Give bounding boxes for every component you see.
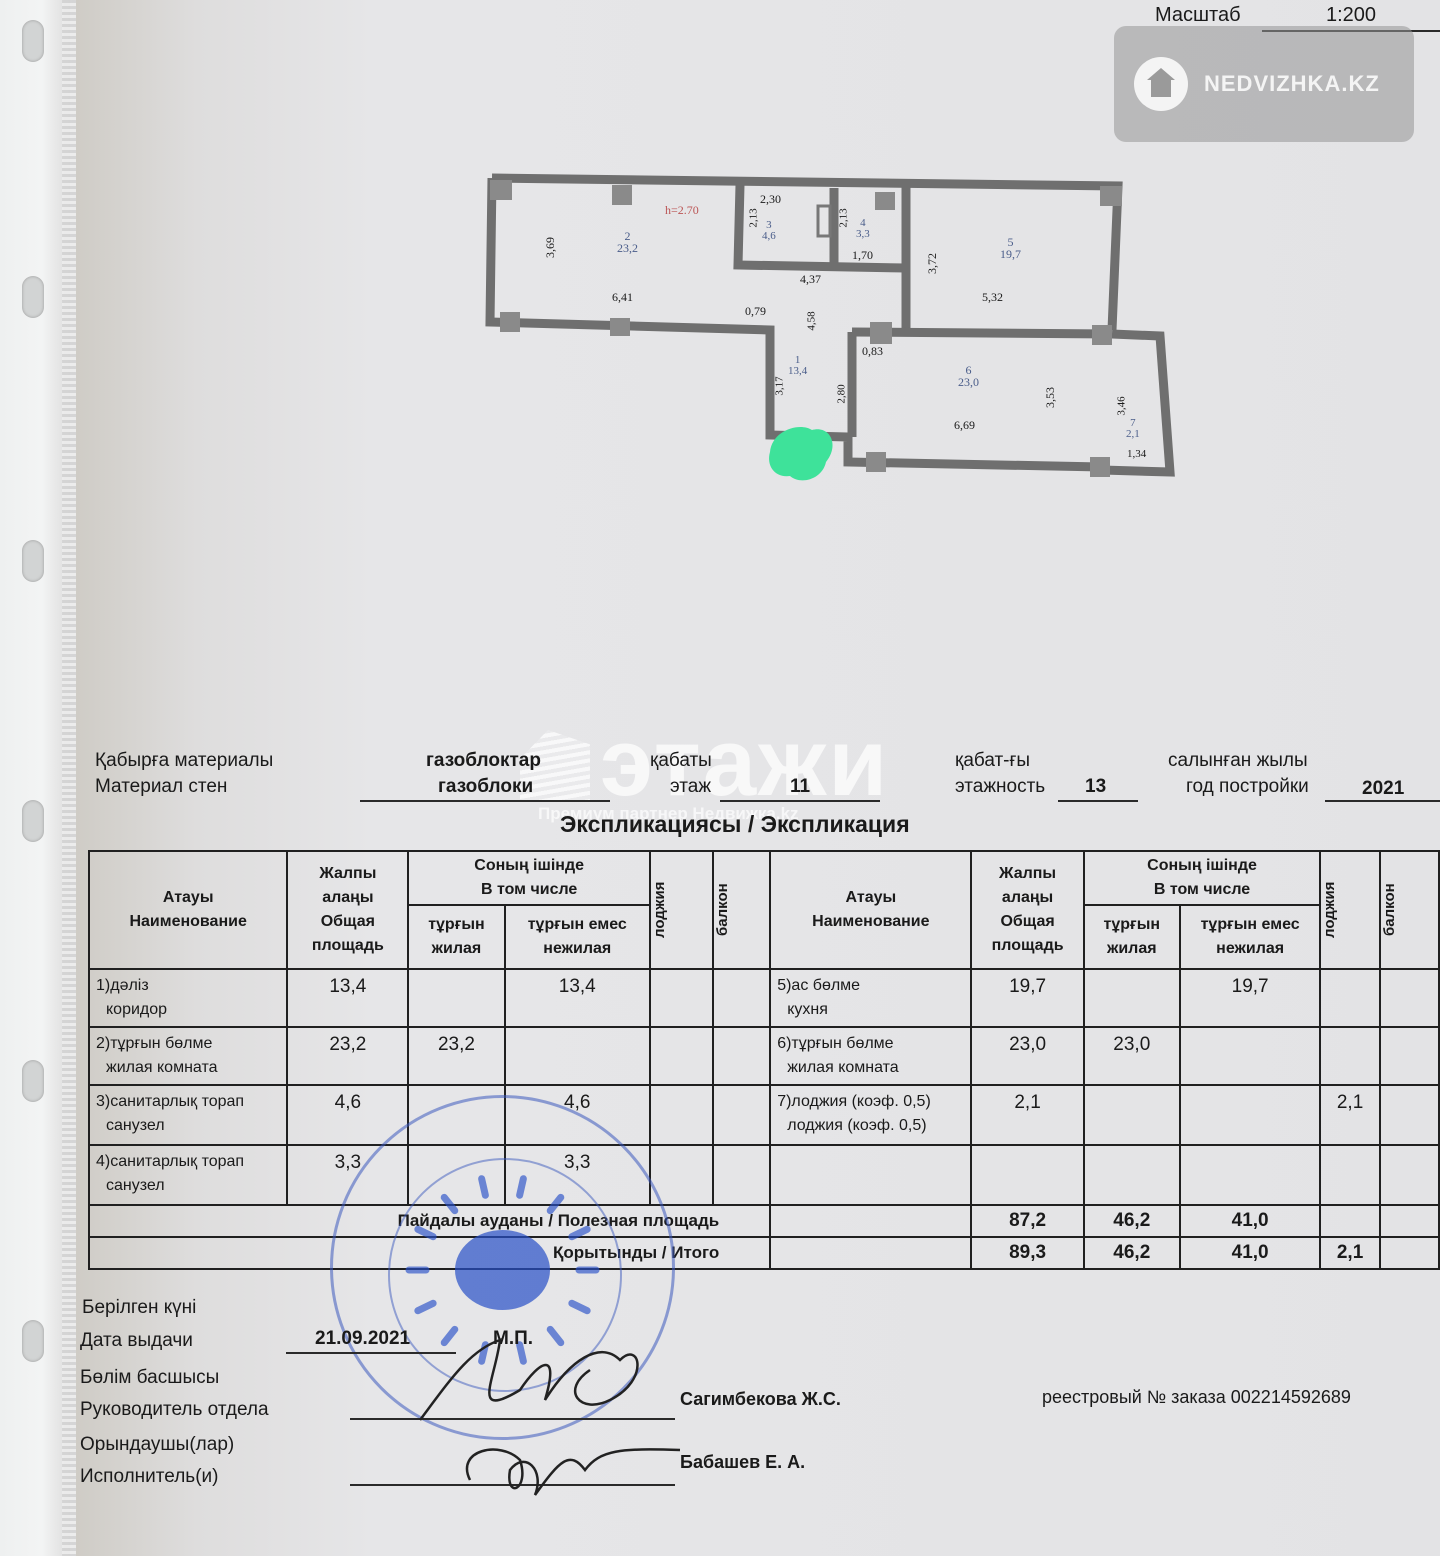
signatures: [0, 0, 1440, 1556]
head-signature: [420, 1340, 638, 1420]
executor-signature: [467, 1449, 680, 1495]
